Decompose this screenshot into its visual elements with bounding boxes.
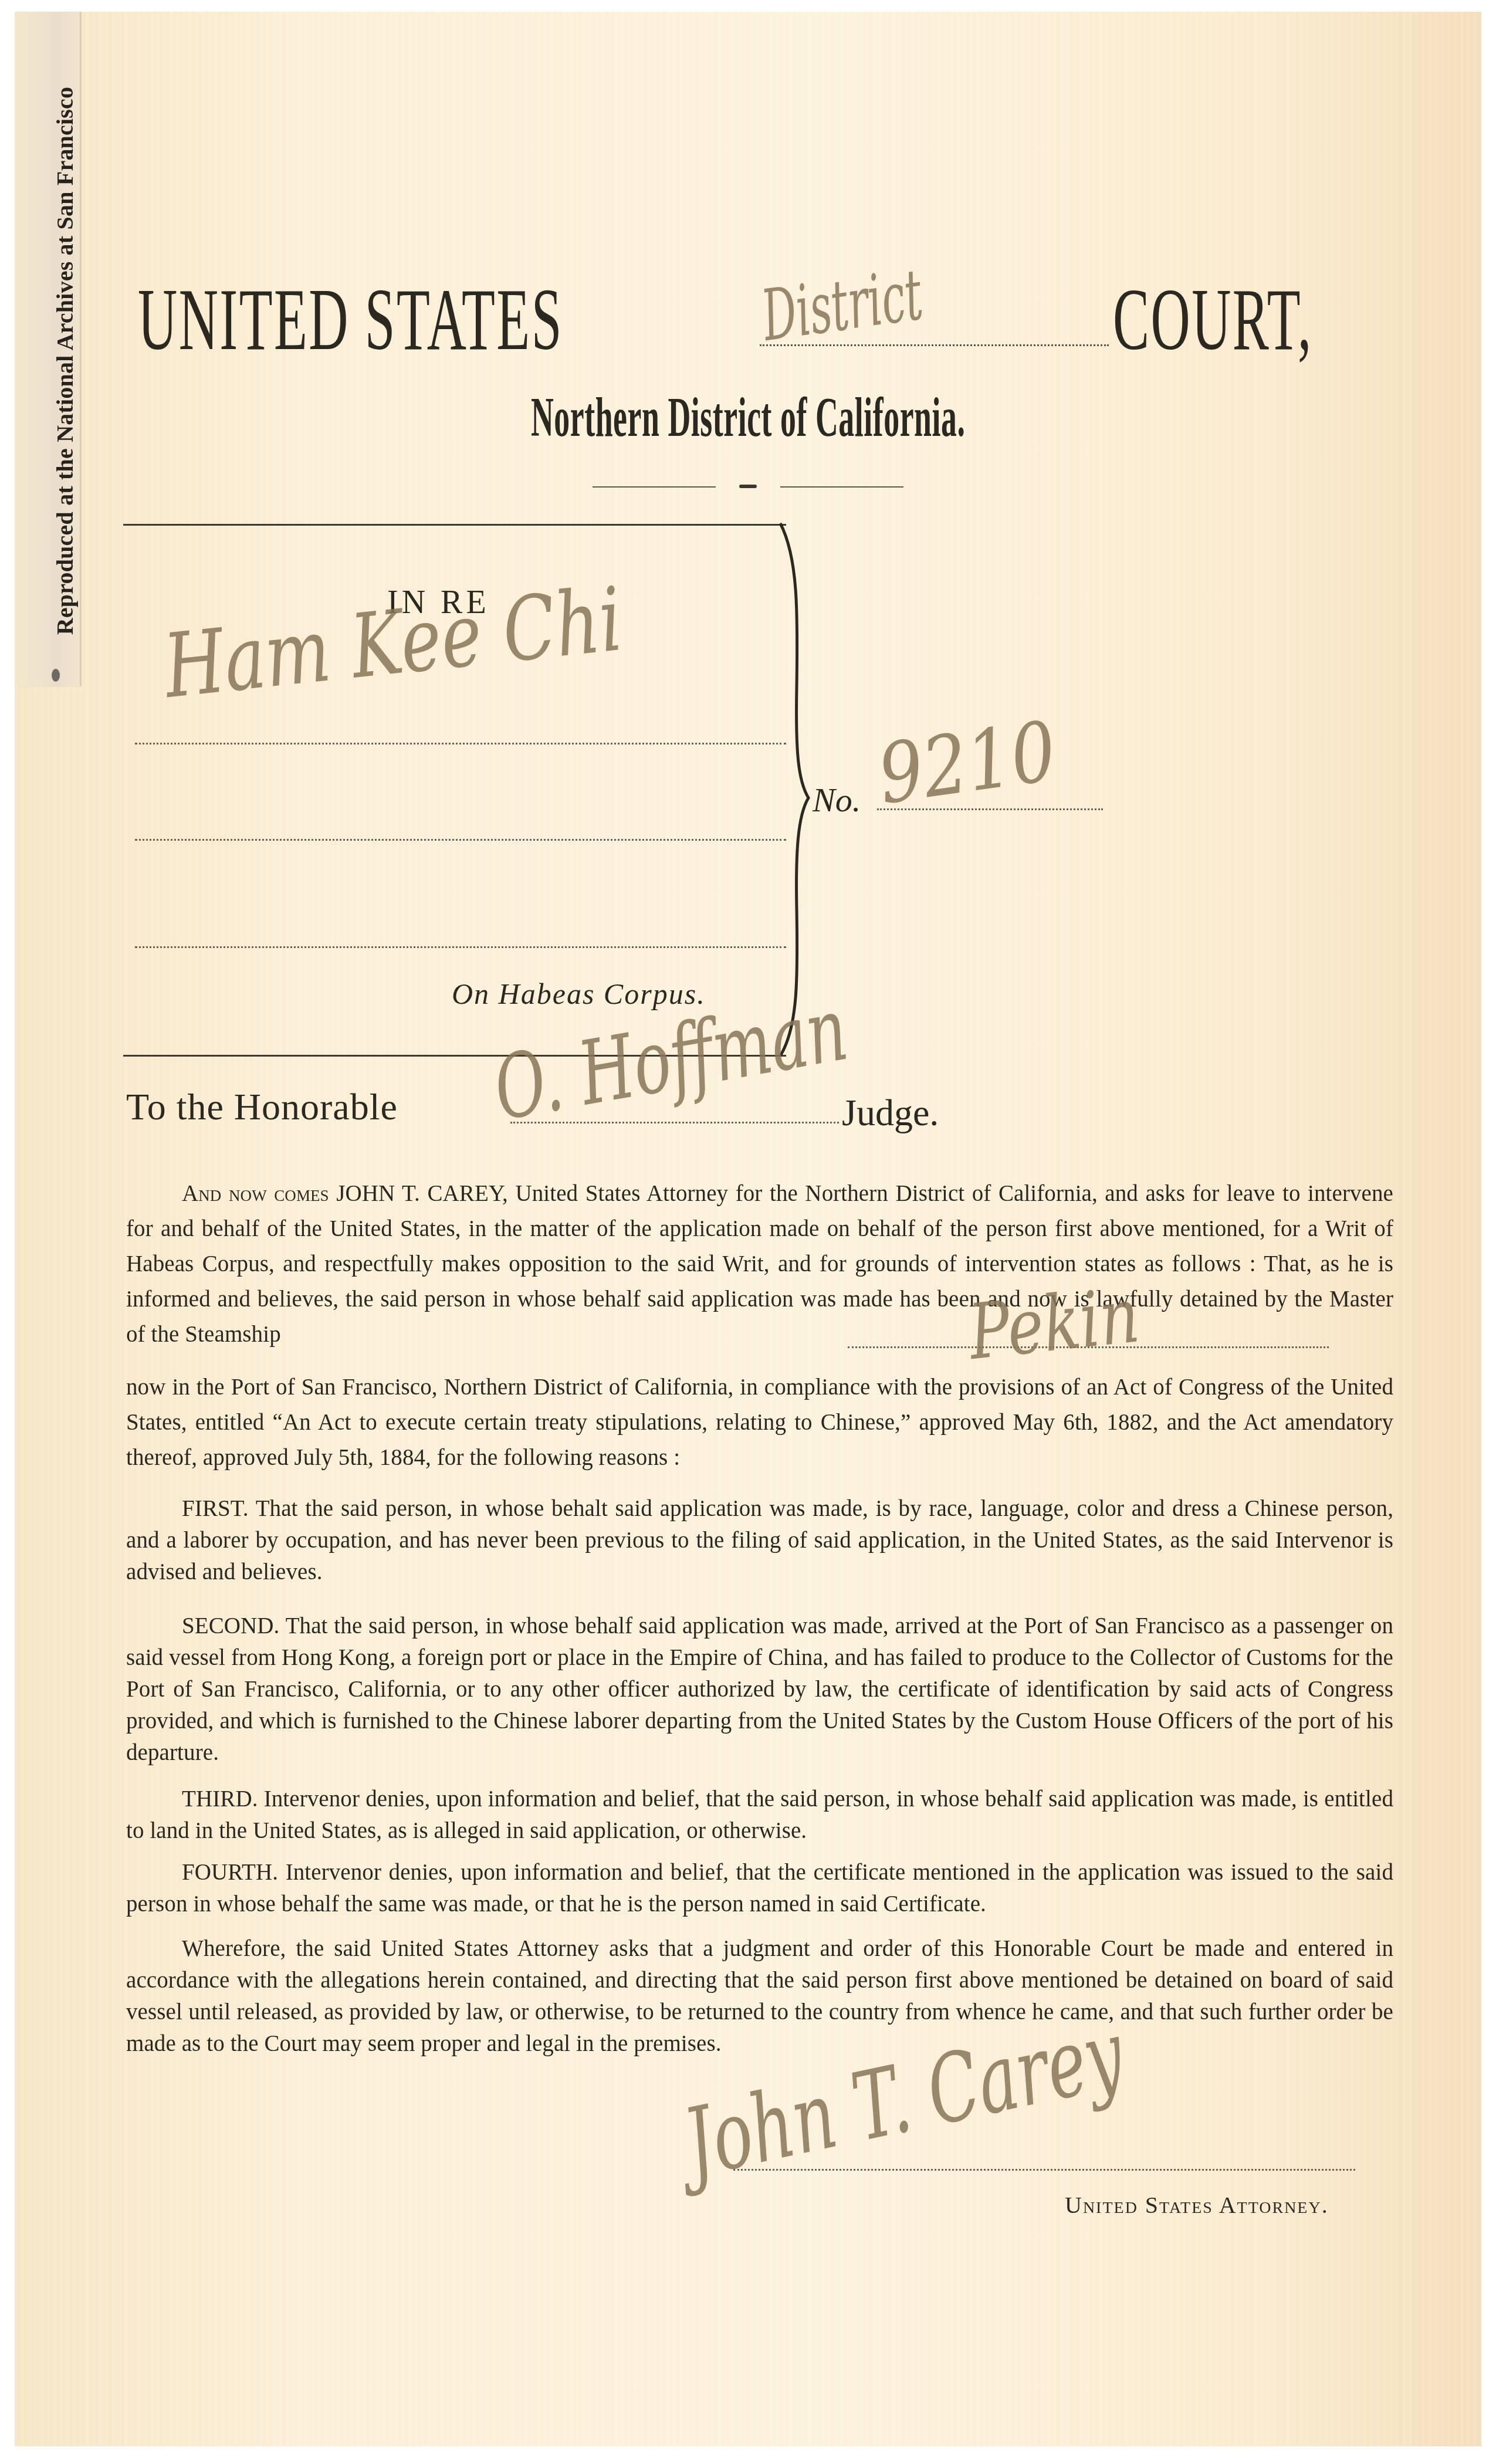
steamship-name-handwritten: Pekin	[964, 1271, 1143, 1377]
address-suffix: Judge.	[842, 1091, 939, 1135]
paragraph-text: Intervenor denies, upon information and …	[126, 1786, 1393, 1843]
paragraph-text: That the said person, in whose behalt sa…	[126, 1496, 1393, 1585]
paragraph-third: THIRD. Intervenor denies, upon informati…	[126, 1783, 1393, 1847]
title-right: COURT,	[1113, 276, 1313, 364]
intro-paragraph: And now comes JOHN T. CAREY, United Stat…	[126, 1176, 1393, 1352]
wherefore-text: Wherefore, the said United States Attorn…	[126, 1936, 1393, 2056]
case-box-top-rule	[123, 524, 786, 526]
archive-tape-strip: Reproduced at the National Archives at S…	[16, 12, 81, 686]
archive-stamp: Reproduced at the National Archives at S…	[51, 87, 79, 635]
paragraph-label: SECOND.	[182, 1613, 279, 1639]
district-name: Northern District of California.	[531, 384, 966, 449]
paragraph-wherefore: Wherefore, the said United States Attorn…	[126, 1933, 1393, 2060]
intro-paragraph-cont: now in the Port of San Francisco, Northe…	[126, 1370, 1393, 1475]
paragraph-label: FOURTH.	[182, 1860, 278, 1885]
petitioner-line-3	[135, 946, 786, 948]
tack-icon	[52, 669, 60, 682]
petitioner-line-2	[135, 839, 786, 841]
intro-lead: And now comes	[182, 1181, 329, 1206]
attorney-title: United States Attorney.	[1065, 2191, 1329, 2219]
paragraph-text: Intervenor denies, upon information and …	[126, 1860, 1393, 1917]
paragraph-label: FIRST.	[182, 1496, 249, 1521]
address-prefix: To the Honorable	[126, 1085, 398, 1129]
petitioner-line-1	[135, 743, 786, 744]
ornament-divider	[593, 485, 903, 489]
paragraph-label: THIRD.	[182, 1786, 258, 1812]
intro-text-2: now in the Port of San Francisco, Northe…	[126, 1375, 1393, 1470]
paragraph-fourth: FOURTH. Intervenor denies, upon informat…	[126, 1857, 1393, 1920]
paragraph-text: That the said person, in whose behalf sa…	[126, 1613, 1393, 1765]
paragraph-second: SECOND. That the said person, in whose b…	[126, 1610, 1393, 1769]
case-number-label: No.	[813, 780, 861, 820]
paragraph-first: FIRST. That the said person, in whose be…	[126, 1493, 1393, 1588]
proceeding-type: On Habeas Corpus.	[452, 977, 706, 1011]
district-subtitle: Northern District of California.	[0, 384, 1496, 449]
title-left: UNITED STATES	[138, 276, 563, 364]
